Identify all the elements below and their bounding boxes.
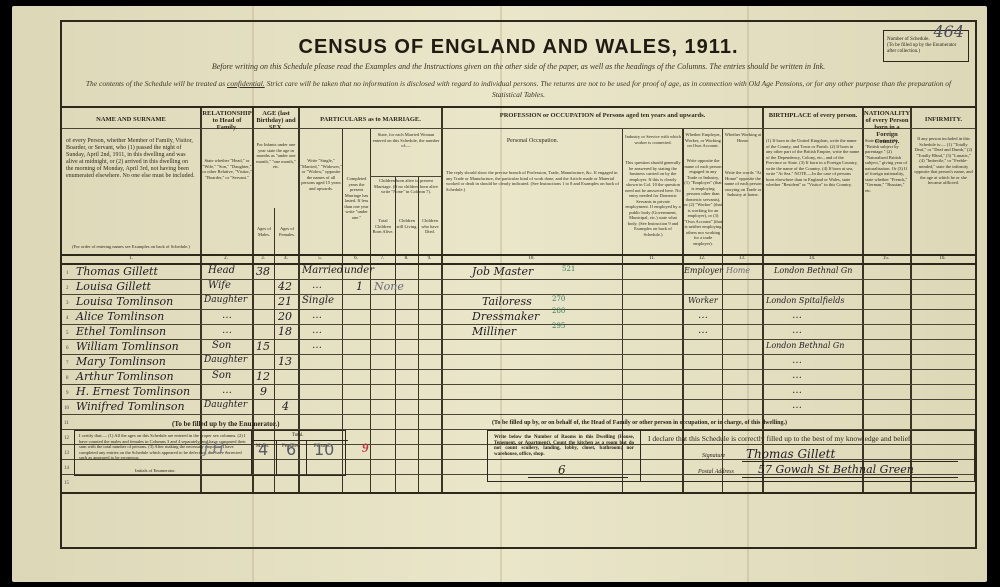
marital-status: …	[312, 310, 322, 321]
rooms-instruction: Write below the Number of Rooms in this …	[494, 435, 634, 457]
enumerator-initials-label: Initials of Enumerator.	[135, 468, 176, 474]
relationship: …	[222, 325, 232, 336]
person-name: Ethel Tomlinson	[76, 325, 166, 338]
header-infirmity: INFIRMITY.	[912, 116, 975, 123]
column-number: 8.	[395, 256, 418, 261]
column-number: 2.	[200, 256, 252, 261]
birthplace: London Bethnal Gn	[774, 266, 852, 275]
row-number: 15	[64, 481, 69, 486]
instruction-line-2: The contents of the Schedule will be tre…	[74, 78, 963, 100]
column-number: 14.	[762, 256, 862, 261]
person-name: Arthur Tomlinson	[76, 370, 174, 383]
age-female: 20	[278, 310, 292, 323]
row-number: 14	[64, 466, 69, 471]
head-of-family-box: Write below the Number of Rooms in this …	[487, 430, 975, 482]
relationship: Son	[212, 340, 231, 351]
column-number: 12.	[682, 256, 722, 261]
header-industry: Industry or Service with which worker is…	[624, 134, 682, 145]
employment-status: Employer	[684, 266, 723, 275]
instruction-prefix: The contents of the Schedule will be tre…	[86, 79, 227, 88]
age-female: 42	[278, 280, 292, 293]
age-female: 4	[282, 400, 289, 413]
birthplace: …	[792, 400, 802, 411]
header-name-note: (For order of entering names see Example…	[66, 244, 196, 250]
birthplace: …	[792, 355, 802, 366]
relationship: Son	[212, 370, 231, 381]
age-male: 15	[256, 340, 270, 353]
age-male: 9	[260, 385, 267, 398]
occupation: Milliner	[472, 325, 516, 338]
column-number: 16.	[910, 256, 975, 261]
header-marital-status: Write "Single," "Married," "Widower," or…	[300, 158, 342, 191]
occupation-code: 270	[552, 295, 565, 303]
header-employer-desc: Write opposite the name of each person e…	[684, 158, 722, 246]
occupation-code: 280	[552, 307, 565, 315]
column-number: 4.	[274, 256, 298, 261]
row-number: 4	[66, 316, 69, 321]
children-born-alive: None	[374, 280, 404, 293]
relationship: Daughter	[204, 295, 247, 305]
age-female: 13	[278, 355, 292, 368]
years-married: under	[344, 265, 374, 276]
employment-status: Worker	[688, 296, 718, 305]
row-number: 12	[64, 436, 69, 441]
header-total-born: Total Children Born Alive.	[371, 218, 395, 235]
marital-status: Married	[302, 265, 343, 276]
marital-status: Single	[302, 295, 334, 306]
relationship: Head	[208, 265, 235, 276]
row-number: 2	[66, 286, 69, 291]
occupation: Tailoress	[482, 295, 532, 308]
header-name-desc: of every Person, whether Member of Famil…	[66, 138, 196, 180]
column-number: 15.	[862, 256, 910, 261]
header-personal-occupation: Personal Occupation.	[443, 138, 622, 145]
birthplace: …	[792, 385, 802, 396]
row-number: 7	[66, 361, 69, 366]
header-infirmity-desc: If any person included in this Schedule …	[914, 136, 973, 186]
males-total: 4	[258, 447, 268, 453]
working-at-home: Home	[726, 266, 750, 275]
header-relationship-desc: State whether "Head," or "Wife," "Son," …	[202, 158, 252, 180]
person-name: Louisa Gillett	[76, 280, 151, 293]
header-industry-desc: This question should generally be answer…	[624, 160, 682, 237]
postal-address: 57 Gowah St Bethnal Green	[758, 463, 914, 476]
person-name: William Tomlinson	[76, 340, 179, 353]
header-died: Children who have Died.	[419, 218, 441, 235]
header-completed-years: Completed years the present Marriage has…	[343, 176, 370, 220]
header-age-desc: For Infants under one year state the age…	[254, 142, 298, 170]
person-name: Alice Tomlinson	[76, 310, 164, 323]
postal-address-label: Postal Address	[698, 469, 734, 475]
occupation: Dressmaker	[472, 310, 539, 323]
occupation-code: 295	[552, 322, 565, 330]
age-male: 38	[256, 265, 270, 278]
header-age: AGE (last Birthday) and SEX.	[254, 110, 298, 131]
person-name: Louisa Tomlinson	[76, 295, 173, 308]
column-number: 10.	[441, 256, 622, 261]
persons-total: 10	[314, 447, 334, 453]
person-name: H. Ernest Tomlinson	[76, 385, 190, 398]
header-at-home: Whether Working at Home.	[724, 132, 762, 143]
age-female: 21	[278, 295, 292, 308]
employment-status: …	[698, 325, 708, 336]
document-title: CENSUS OF ENGLAND AND WALES, 1911.	[62, 36, 975, 59]
occupation: Job Master	[472, 265, 533, 278]
header-still-living: Children still Living.	[396, 218, 418, 229]
row-number: 3	[66, 301, 69, 306]
relationship: Daughter	[204, 355, 247, 365]
birthplace: London Spitalfields	[766, 296, 844, 305]
column-number: 3.	[252, 256, 274, 261]
column-number: 5.	[298, 256, 342, 261]
birthplace: …	[792, 370, 802, 381]
header-married-woman: State, for each Married Woman entered on…	[371, 132, 441, 149]
row-number: 5	[66, 331, 69, 336]
column-number: 13.	[722, 256, 762, 261]
age-female: 18	[278, 325, 292, 338]
header-employer: Whether Employer, Worker, or Working on …	[684, 132, 722, 149]
row-number: 8	[66, 376, 69, 381]
relationship: …	[222, 385, 232, 396]
person-name: Winifred Tomlinson	[76, 400, 185, 413]
census-sheet: CENSUS OF ENGLAND AND WALES, 1911. Befor…	[12, 6, 987, 582]
header-relationship: RELATIONSHIP to Head of Family.	[202, 110, 252, 131]
row-number: 6	[66, 346, 69, 351]
age-male: 12	[256, 370, 270, 383]
header-birthplace: BIRTHPLACE of every person.	[764, 112, 862, 119]
person-name: Thomas Gillett	[76, 265, 158, 278]
enumerator-box: I certify that:— (1) All the ages on thi…	[74, 430, 346, 476]
relationship: Daughter	[204, 400, 247, 410]
instruction-suffix: Strict care will be taken that no inform…	[265, 79, 951, 99]
header-at-home-desc: Write the words "At Home" opposite the n…	[724, 170, 762, 198]
row-number: 11	[64, 421, 69, 426]
birthplace: …	[792, 325, 802, 336]
head-of-family-section-title: (To be filled up by, or on behalf of, th…	[492, 420, 787, 426]
row-number: 9	[66, 391, 69, 396]
schedule-number-value: 464	[933, 29, 964, 35]
row-number: 1	[66, 271, 69, 276]
occupation-code: 521	[562, 265, 575, 273]
enumerator-initials: J.H.	[203, 447, 229, 453]
schedule-number-note: (To be filled up by the Enumerator after…	[887, 43, 965, 55]
column-number: 9.	[418, 256, 441, 261]
instruction-line-1: Before writing on this Schedule please r…	[62, 62, 975, 71]
header-personal-occupation-desc: The reply should show the precise branch…	[446, 170, 620, 192]
signature: Thomas Gillett	[746, 447, 835, 461]
column-number: 6.	[342, 256, 370, 261]
header-age-males: Ages of Males.	[254, 226, 274, 237]
number-of-rooms: 6	[558, 463, 566, 477]
marital-status: …	[312, 280, 322, 291]
years-married: 1	[356, 280, 363, 293]
relationship: …	[222, 310, 232, 321]
header-name: NAME AND SURNAME	[62, 116, 200, 123]
females-total: 6	[286, 447, 296, 453]
header-nationality-desc: State whether: (1) "British subject by p…	[865, 138, 909, 193]
birthplace: London Bethnal Gn	[766, 341, 844, 350]
birthplace: …	[792, 310, 802, 321]
signature-label: Signature	[702, 453, 725, 459]
header-age-females: Ages of Females.	[276, 226, 298, 237]
marital-status: …	[312, 325, 322, 336]
column-number: 7.	[370, 256, 395, 261]
employment-status: …	[698, 310, 708, 321]
totals-box: Total. Males. Females. Persons. 4 6 10	[251, 431, 348, 475]
declaration: I declare that this Schedule is correctl…	[648, 434, 912, 443]
form-frame: CENSUS OF ENGLAND AND WALES, 1911. Befor…	[60, 20, 977, 549]
confidential-emphasis: confidential.	[227, 79, 265, 88]
header-marriage: PARTICULARS as to MARRIAGE.	[300, 116, 441, 123]
enumerator-section-title: (To be filled up by the Enumerator.)	[172, 420, 279, 428]
total-label: Total.	[292, 433, 303, 439]
header-birthplace-desc: (1) If born in the United Kingdom, write…	[766, 138, 860, 188]
row-number: 10	[64, 406, 69, 411]
person-name: Mary Tomlinson	[76, 355, 166, 368]
header-occupation: PROFESSION or OCCUPATION of Persons aged…	[443, 112, 762, 119]
schedule-number-box: Number of Schedule. (To be filled up by …	[883, 30, 969, 62]
column-number: 1.	[62, 256, 200, 261]
marital-status: …	[312, 340, 322, 351]
row-number: 13	[64, 451, 69, 456]
red-check-mark: 9	[362, 440, 369, 456]
relationship: Wife	[208, 280, 231, 291]
header-children-alive: Children born alive to present Marriage.…	[371, 178, 441, 195]
column-number: 11.	[622, 256, 682, 261]
